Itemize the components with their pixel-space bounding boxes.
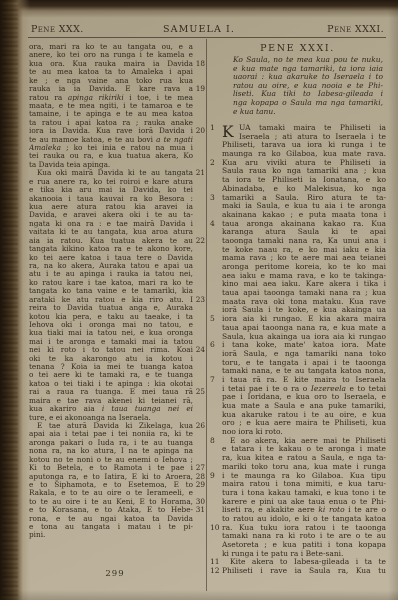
verse-text: apai aia i tetai pae i tei noniia ra, ki… — [29, 430, 193, 438]
verse-text: maata, e te mea ngiti, i te tamaroa e te — [29, 102, 193, 110]
text-line: 5iora aia ki rungao. E kia akara maira — [209, 315, 386, 324]
text-line: karere e pini ua ake taua enua o te Phi- — [209, 498, 386, 507]
verse-number: 24 — [193, 346, 206, 354]
verse-text: kua tiaki mai ia tatou nei, e kua oronga — [29, 329, 193, 337]
text-line: kotou no te noni o te au enemi o Iehova … — [29, 456, 206, 464]
verse-text: akanooia i taua kauvai ra ko Besora : — [29, 195, 193, 203]
text-line: taua apai taoonga tamaki nana ra ; kua — [209, 289, 386, 298]
text-line: Iehova oki i oronga mai no tatou, e — [29, 321, 206, 329]
text-line: oro ; e kua aere maira te Philiseti, kua — [209, 419, 386, 428]
verse-number — [193, 430, 206, 438]
text-line: kua ora. Kua rauka maira ia Davida18 — [29, 60, 206, 68]
verse-number — [209, 445, 222, 454]
verse-number: 5 — [209, 315, 222, 324]
verse-text: to te au oire i te au Keni, E to Horama, — [29, 498, 193, 506]
verse-number — [209, 108, 222, 117]
verse-text: Iseraela ; ati atura to Iseraela i te — [222, 133, 386, 142]
verse-text: maira ratou i tona mimiti, e kua taru- — [222, 480, 386, 489]
text-line: e tona au tangata i matau i te pi- — [29, 523, 206, 531]
verse-number — [193, 397, 206, 405]
verse-number — [209, 480, 222, 489]
verse-text: oki te ka akarongo atu ia kotou i — [29, 355, 193, 363]
right-text-column: K 1UA tamaki maira te Philiseti iaIserae… — [209, 124, 386, 576]
text-line: maata, e te mea ngiti, i te tamaroa e te — [29, 102, 206, 110]
verse-number — [209, 411, 222, 420]
text-line: iorā Saula i te koke, e kua akainga ua — [209, 306, 386, 315]
verse-number — [209, 289, 222, 298]
verse-text: noo iora ki roto. — [222, 428, 386, 437]
verse-text: ki runga i te patu ra i Bete-sani. — [222, 550, 386, 559]
photo-right-edge — [388, 0, 398, 600]
text-line: 12Philiseti i rave ia Saula ra, Kua tu — [209, 567, 386, 576]
verse-number — [209, 90, 222, 99]
verse-text: reira to Davida tuatua anga e, Auraka — [29, 304, 193, 312]
text-line: to te au oire i te au Keni, E to Horama,… — [29, 498, 206, 506]
verse-text: Asetoreta ; e kua patiti i tona kopapa — [222, 541, 386, 550]
verse-text: ratou ra apinga rikiriki i toe, i te mea — [29, 94, 193, 102]
verse-number — [193, 363, 206, 371]
verse-number — [193, 94, 206, 102]
verse-text: uaorai : kua akaruke to Iseraela i to — [222, 73, 386, 82]
verse-text: ta Davida teia apinga. — [29, 161, 193, 169]
verse-text: e rua anere ra, ko tei roiroi e kare atu… — [29, 178, 193, 186]
text-line: vaitata ki te au tangata, kua aroa atura — [29, 228, 206, 236]
text-line: pae i Ioridana, e kua oro to Iseraela, e — [209, 393, 386, 402]
verse-text: kotou kia pera, e taku au taeake, i ta — [29, 313, 193, 321]
verse-text: Ki to Betela, e to Ramota i te pae i — [29, 464, 193, 472]
verse-text: maata rava oki tona mataku. Kua rave — [222, 298, 386, 307]
verse-text: tamaine, i te apinga e te au mea katoa — [29, 110, 193, 118]
text-line: maira e tae rava akenei ki teianei rā, — [29, 397, 206, 405]
verse-text: tamariki a Saula. Riro atura te ta- — [222, 194, 386, 203]
verse-text: Philiseti, tarava ua iora ki runga i te — [222, 141, 386, 150]
verse-number: 1 — [209, 124, 222, 133]
verse-text: aputonga ra, e to Iatira, E ki to Aroera… — [29, 473, 193, 481]
verse-number: 21 — [193, 169, 206, 177]
text-line: aronga pakari o Iuda ra, i te au tuanga — [29, 439, 206, 447]
verse-number — [193, 220, 206, 228]
verse-number — [193, 178, 206, 186]
verse-number: 29 — [193, 481, 206, 489]
text-line: tamaki nana, e te au tangata katoa nona, — [209, 367, 386, 376]
verse-text: rai a raua ra tuanga. E mei taua rā — [29, 388, 193, 396]
verse-text: tamaki nana, e te au tangata katoa nona, — [222, 367, 386, 376]
text-line: kotou kia pera, e taku au taeake, i ta — [29, 313, 206, 321]
verse-text: liseti ra, e akakite aere ki roto i te a… — [222, 506, 386, 515]
verse-number — [209, 211, 222, 220]
text-line: Amaleka ; ko tei inia e ratou na mua i — [29, 144, 206, 152]
verse-number: 30 — [193, 498, 206, 506]
verse-text: vaitata ki te au tangata, kua aroa atura — [29, 228, 193, 236]
verse-number — [209, 333, 222, 342]
text-line: anere, ko tei oro na runga i te kamela e — [29, 51, 206, 59]
verse-text: aia ia ratou. Kua tuatua akera te au — [29, 237, 193, 245]
text-line: tenana ? Koia ia mei te tuanga katoa — [29, 363, 206, 371]
text-line: Philiseti, tarava ua iora ki runga i te — [209, 141, 386, 150]
verse-number — [193, 329, 206, 337]
verse-text: atu i te au apinga i rauka ia tatou nei, — [29, 270, 193, 278]
text-line: maira ratou i tona mimiti, e kua taru- — [209, 480, 386, 489]
text-line: ta iora te Philiseti ia Ionatana, e ko — [209, 176, 386, 185]
verse-text: tura i tona kakau tamaki, e kua tono i t… — [222, 489, 386, 498]
text-line: ture, e ei akonoanga na Iseraela. — [29, 414, 206, 422]
verse-number — [209, 133, 222, 142]
text-line: 9i te maunga ra ko Gilaboa. Kua tipu — [209, 472, 386, 481]
text-line: tura i tona kakau tamaki, e kua tono i t… — [209, 489, 386, 498]
text-line: 7i taua rā ra. E kite maira to Iseraela — [209, 376, 386, 385]
page-number: 299 — [93, 569, 137, 579]
verse-number — [209, 99, 222, 108]
verse-text: maki ia Saula, e kua tu aia i te aronga — [222, 202, 386, 211]
verse-text: e tatara i te kakau o te aronga i mate — [222, 445, 386, 454]
verse-number: 23 — [193, 296, 206, 304]
text-line: Iseraela ; ati atura to Iseraela i te — [209, 133, 386, 142]
text-line: maata rava oki tona mataku. Kua rave — [209, 298, 386, 307]
verse-number — [193, 195, 206, 203]
text-line: e to Korasana, e to Ataka, E to Hebe-31 — [29, 506, 206, 514]
photo-bottom-edge — [0, 590, 398, 600]
text-line: mai i te aronga e tamaki mai ia tatou — [29, 338, 206, 346]
verse-text: to ratou au idolo, e ki o te tangata kat… — [222, 515, 386, 524]
verse-text: maira e tae rava akenei ki teianei rā, — [29, 397, 193, 405]
text-line: ora, mari ra ko te au tangata ou, e a — [29, 43, 206, 51]
verse-text: akainana kakao ; e puta maata tona i — [222, 211, 386, 220]
verse-text: Davida, e aravei akera oki i te au ta- — [29, 211, 193, 219]
text-line: akanooia i taua kauvai ra ko Besora : — [29, 195, 206, 203]
text-line: pini. — [29, 531, 206, 539]
verse-number: 12 — [209, 567, 222, 576]
verse-text: ko ratou kare i tae katoa, mari ra ko te — [29, 279, 193, 287]
text-line: liseti ra, e akakite aere ki roto i te a… — [209, 506, 386, 515]
verse-text: ra, na ko akera, Auraka tatou e apai ua — [29, 262, 193, 270]
verse-number — [193, 245, 206, 253]
verse-number — [209, 150, 222, 159]
verse-text: aea iaku e mama rava, e ko te takinga- — [222, 272, 386, 281]
verse-text: ra, kua kitea e ratou a Saula, e nga ta- — [222, 454, 386, 463]
verse-number — [193, 161, 206, 169]
verse-text: kua mate a Saula e ana puke tamariki, — [222, 402, 386, 411]
verse-number — [193, 144, 206, 152]
verse-text: i tana koke, mate' katoa iora. Mate — [222, 341, 386, 350]
text-line: atu i te au apinga i rauka ia tatou nei, — [29, 270, 206, 278]
text-line: kua akaruke ratou i te au oire, e kua — [209, 411, 386, 420]
column-divider-rule — [206, 39, 207, 591]
verse-text: ke ; e nga vaine ana toko rua kua — [29, 77, 193, 85]
text-line: nei ki roto i to tatou nei rima. Koai24 — [29, 346, 206, 354]
verse-number — [209, 185, 222, 194]
text-line: tamaine, i te apinga e te au mea katoa — [29, 110, 206, 118]
text-line: karanga atura Saula ki te apai — [209, 228, 386, 237]
verse-text: Kite akera to Iabesa-gileada i ta te — [222, 558, 386, 567]
verse-text: e kua tanu. — [222, 108, 386, 117]
verse-text: kua ora. Kua rauka maira ia Davida — [29, 60, 193, 68]
text-line: aputonga ra, e to Iatira, E ki to Aroera… — [29, 473, 206, 481]
verse-number — [209, 532, 222, 541]
text-line: ko tei aere katoa i taua tere o Davida — [29, 254, 206, 262]
verse-text: te au mamoe katoa, e te au bovi a te nga… — [29, 136, 193, 144]
verse-number — [209, 246, 222, 255]
verse-text: te koke naau ra, e ko mai iaku e kia — [222, 246, 386, 255]
verse-number — [193, 447, 206, 455]
verse-text: liseti. Kua tiki to Iabesa-gileada i — [222, 90, 386, 99]
verse-number — [209, 541, 222, 550]
text-line: 2Kua aru viviki atura te Philiseti ia — [209, 159, 386, 168]
verse-number — [193, 102, 206, 110]
verse-text: tangata ko tana vaine e te tamariki, kia — [29, 287, 193, 295]
verse-number — [209, 419, 222, 428]
verse-text: Iehova oki i oronga mai no tatou, e — [29, 321, 193, 329]
verse-text: Saula, kua akainga ua iora aia ki rungao — [222, 333, 386, 342]
verse-number — [193, 77, 206, 85]
text-line: i tetai pae i te o ra o Iezereela e to t… — [209, 385, 386, 394]
text-line: ke ; e nga vaine ana toko rua kua — [29, 77, 206, 85]
verse-text: e tika kia aru mai ia Davida, ko tei — [29, 186, 193, 194]
verse-number — [209, 367, 222, 376]
text-line: maki ia Saula, e kua tu aia i te aronga — [209, 202, 386, 211]
text-line: ki runga i te patu ra i Bete-sani. — [209, 550, 386, 559]
verse-number: 6 — [209, 341, 222, 350]
verse-text: Abinadaba, e ko Malekisua, ko nga — [222, 185, 386, 194]
text-line: apai aia i tetai pae i tei noniia ra, ki… — [29, 430, 206, 438]
verse-number — [209, 176, 222, 185]
verse-number: 25 — [193, 388, 206, 396]
verse-text: pini. — [29, 531, 193, 539]
verse-text: arataki ke atu ratou e kia riro atu. I — [29, 296, 193, 304]
text-line: taoonga tamaki nana ra, Ka unui ana i — [209, 237, 386, 246]
verse-number: 3 — [209, 194, 222, 203]
verse-text: toru, e te tangata i apai i te taoonga — [222, 359, 386, 368]
text-line: e rua anere ra, ko tei roiroi e kare atu… — [29, 178, 206, 186]
verse-number — [209, 263, 222, 272]
verse-text: maunga ra ko Gilaboa, kua mate rava. — [222, 150, 386, 159]
verse-text: karere e pini ua ake taua enua o te Phi- — [222, 498, 386, 507]
verse-text: Saula raua ko nga tamariki ana ; kua — [222, 167, 386, 176]
text-line: tamaki nana ra ki roto i te are o te au — [209, 532, 386, 541]
verse-text: aronga pakari o Iuda ra, i te au tuanga — [29, 439, 193, 447]
verse-text: taua aronga akainana kakao ra. Kua — [222, 220, 386, 229]
text-line: iora ia Davida. Kua rave iorā Davida i20 — [29, 127, 206, 135]
verse-number — [209, 306, 222, 315]
text-line: liseti. Kua tiki to Iabesa-gileada i — [209, 90, 386, 99]
text-line: ngata ki ona ra : e tae mairā Davida i — [29, 220, 206, 228]
verse-text: i te maunga ra ko Gilaboa. Kua tipu — [222, 472, 386, 481]
verse-text: iorā Saula, e nga tamariki nana toko — [222, 350, 386, 359]
verse-text: taua apai taoonga nana ra, e kua mate a — [222, 324, 386, 333]
verse-number — [193, 152, 206, 160]
text-line: noo iora ki roto. — [209, 428, 386, 437]
verse-number — [193, 489, 206, 497]
verse-number: 22 — [193, 237, 206, 245]
text-line: Davida, e aravei akera oki i te au ta- — [29, 211, 206, 219]
verse-number — [193, 110, 206, 118]
verse-number — [209, 167, 222, 176]
text-line: 10ra. Kua tuku iora ratou i te taoonga — [209, 524, 386, 533]
text-line: mama rava ; ko te aere mai aea teianei — [209, 254, 386, 263]
verse-text: ra. Kua tuku iora ratou i te taoonga — [222, 524, 386, 533]
text-line: e kua tanu. — [209, 108, 386, 117]
verse-number — [193, 203, 206, 211]
text-line: aea iaku e mama rava, e ko te takinga- — [209, 272, 386, 281]
verse-number: 20 — [193, 127, 206, 135]
verse-number — [193, 287, 206, 295]
verse-number — [193, 304, 206, 312]
verse-number: 26 — [193, 422, 206, 430]
verse-number — [209, 141, 222, 150]
verse-number — [209, 454, 222, 463]
text-line: te au mea katoa ta to Amaleka i apai — [29, 68, 206, 76]
text-line: tangata kikino katoa ra e te akono kore, — [29, 245, 206, 253]
verse-text: pae i Ioridana, e kua oro to Iseraela, e — [222, 393, 386, 402]
text-line: 8E ao akera, kia aere mai te Philiseti — [209, 437, 386, 446]
verse-text: kotou no te noni o te au enemi o Iehova … — [29, 456, 193, 464]
text-line: e tatara i te kakau o te aronga i mate — [209, 445, 386, 454]
header-rule — [28, 37, 386, 38]
text-line: e kua mate nga tamariki, ta iora iaia — [209, 65, 386, 74]
text-line: to ratou au idolo, e ki o te tangata kat… — [209, 515, 386, 524]
text-line: te au mamoe katoa, e te au bovi a te nga… — [29, 136, 206, 144]
verse-number — [193, 515, 206, 523]
verse-text: karanga atura Saula ki te apai — [222, 228, 386, 237]
verse-number — [193, 136, 206, 144]
gutter-page-edges-texture — [2, 0, 18, 600]
verse-text: kua akaruke ratou i te au oire, e kua — [222, 411, 386, 420]
verse-number: 11 — [209, 558, 222, 567]
text-line: kua akariro aia i taua tuanga nei ei — [29, 405, 206, 413]
verse-text: ta iora te Philiseti ia Ionatana, e ko — [222, 176, 386, 185]
verse-number — [193, 371, 206, 379]
verse-number — [193, 456, 206, 464]
verse-text: e tona au tangata i matau i te pi- — [29, 523, 193, 531]
text-line: Kua oki mairā Davida ki te au tangata21 — [29, 169, 206, 177]
text-line: uaorai : kua akaruke to Iseraela i to — [209, 73, 386, 82]
verse-text: e kua mate nga tamariki, ta iora iaia — [222, 65, 386, 74]
verse-number: 18 — [193, 60, 206, 68]
verse-text: tamaki nana ra ki roto i te are o te au — [222, 532, 386, 541]
verse-number: 10 — [209, 524, 222, 533]
verse-text: mama rava ; ko te aere mai aea teianei — [222, 254, 386, 263]
verse-text: Kua aru viviki atura te Philiseti ia — [222, 159, 386, 168]
text-line: Ko Saula, no te mea kua pou te nuku, — [209, 56, 386, 65]
verse-text: taua apai taoonga tamaki nana ra ; kua — [222, 289, 386, 298]
text-line: oki te ka akarongo atu ia kotou i — [29, 355, 206, 363]
verse-number — [209, 550, 222, 559]
book-page-photo: Pene XXX. SAMUELA I. Pene XXXI. ora, mar… — [0, 0, 398, 600]
verse-number — [209, 56, 222, 65]
verse-number — [193, 51, 206, 59]
verse-text: i taua rā ra. E kite maira to Iseraela — [222, 376, 386, 385]
verse-number — [193, 68, 206, 76]
verse-text: oro ; e kua aere maira te Philiseti, kua — [222, 419, 386, 428]
chapter-heading: PENE XXXI. — [209, 44, 386, 54]
text-line: arataki ke atu ratou e kia riro atu. I23 — [29, 296, 206, 304]
verse-number — [209, 359, 222, 368]
verse-text: katoa o tei tiaki i te apinga : kia okot… — [29, 380, 193, 388]
verse-text: aronga peritome koreia, ko te ko mai — [222, 263, 386, 272]
verse-number: 4 — [209, 220, 222, 229]
verse-number: 2 — [209, 159, 222, 168]
text-line: Ki to Betela, e to Ramota i te pae i27 — [29, 464, 206, 472]
text-line: kua aere atura ratou kia aravei ia — [29, 203, 206, 211]
verse-text: E tae aturā Davida ki Zikelaga, kua — [29, 422, 193, 430]
text-line: kua mate a Saula e ana puke tamariki, — [209, 402, 386, 411]
verse-number — [193, 380, 206, 388]
text-line: nona ra, na ko atura, I na te apinga na — [29, 447, 206, 455]
text-line: kua tiaki mai ia tatou nei, e kua oronga — [29, 329, 206, 337]
text-line: akainana kakao ; e puta maata tona i — [209, 211, 386, 220]
text-line: ratou ra apinga rikiriki i toe, i te mea — [29, 94, 206, 102]
verse-number — [209, 280, 222, 289]
verse-number — [193, 43, 206, 51]
text-line: rai a raua ra tuanga. E mei taua rā25 — [29, 388, 206, 396]
text-line: 6i tana koke, mate' katoa iora. Mate — [209, 341, 386, 350]
verse-number — [193, 262, 206, 270]
verse-number — [193, 321, 206, 329]
verse-number — [209, 228, 222, 237]
verse-text: iora aia ki rungao. E kia akara maira — [222, 315, 386, 324]
dropcap-letter: K — [222, 124, 234, 142]
chapter-summary: Ko Saula, no te mea kua pou te nuku,e ku… — [209, 56, 386, 116]
verse-text: nga kopapa o Saula ma nga tamariki, — [222, 99, 386, 108]
text-line: Abinadaba, e ko Malekisua, ko nga — [209, 185, 386, 194]
verse-text: e to Korasana, e to Ataka, E to Hebe- — [29, 506, 193, 514]
verse-number — [209, 298, 222, 307]
text-line: ta ratou i apai katoa ra ; rauka anake — [29, 119, 206, 127]
text-line: ko ratou kare i tae katoa, mari ra ko te — [29, 279, 206, 287]
text-line: Saula raua ko nga tamariki ana ; kua — [209, 167, 386, 176]
verse-number — [209, 202, 222, 211]
verse-number — [209, 393, 222, 402]
verse-text: e to Siphamota, e to Esetemoa, E to — [29, 481, 193, 489]
verse-number: 27 — [193, 464, 206, 472]
text-line: Asetoreta ; e kua patiti i tona kopapa — [209, 541, 386, 550]
text-line: aia ia ratou. Kua tuatua akera te au22 — [29, 237, 206, 245]
verse-text: ora, mari ra ko te au tangata ou, e a — [29, 43, 193, 51]
text-line: aronga peritome koreia, ko te ko mai — [209, 263, 386, 272]
text-line: 11Kite akera to Iabesa-gileada i ta te — [209, 558, 386, 567]
text-line: te koke naau ra, e ko mai iaku e kia — [209, 246, 386, 255]
verse-text: o tei aere ki te tamaki ra, e te tuanga — [29, 371, 193, 379]
verse-number — [209, 498, 222, 507]
verse-text: E ao akera, kia aere mai te Philiseti — [222, 437, 386, 446]
text-line: tei rauka ou ra, e kua tuatua akera, Ko — [29, 152, 206, 160]
verse-number — [209, 402, 222, 411]
verse-number — [193, 211, 206, 219]
text-line: rona, e te au ngai katoa ta Davida — [29, 515, 206, 523]
verse-text: rona, e te au ngai katoa ta Davida — [29, 515, 193, 523]
verse-number — [209, 385, 222, 394]
text-line: mariki toko toru ana, kua mate i runga — [209, 463, 386, 472]
text-line: nga kopapa o Saula ma nga tamariki, — [209, 99, 386, 108]
verse-number — [193, 405, 206, 413]
verse-text: iorā Saula i te koke, e kua akainga ua — [222, 306, 386, 315]
verse-number — [193, 270, 206, 278]
verse-number — [193, 228, 206, 236]
verse-number — [193, 414, 206, 422]
verse-number — [193, 254, 206, 262]
verse-text: Rakala, e to te au oire o te Ierameeli, … — [29, 489, 193, 497]
verse-number — [209, 272, 222, 281]
verse-number — [209, 428, 222, 437]
verse-text: tei rauka ou ra, e kua tuatua akera, Ko — [29, 152, 193, 160]
left-text-column: ora, mari ra ko te au tangata ou, e aane… — [29, 43, 206, 540]
verse-text: te au mea katoa ta to Amaleka i apai — [29, 68, 193, 76]
text-line: 3tamariki a Saula. Riro atura te ta- — [209, 194, 386, 203]
verse-text: kino mai aea iaku. Kare akera i tika i — [222, 280, 386, 289]
text-line: 1UA tamaki maira te Philiseti ia — [209, 124, 386, 133]
verse-number — [209, 237, 222, 246]
verse-number — [209, 350, 222, 359]
verse-number: 9 — [209, 472, 222, 481]
